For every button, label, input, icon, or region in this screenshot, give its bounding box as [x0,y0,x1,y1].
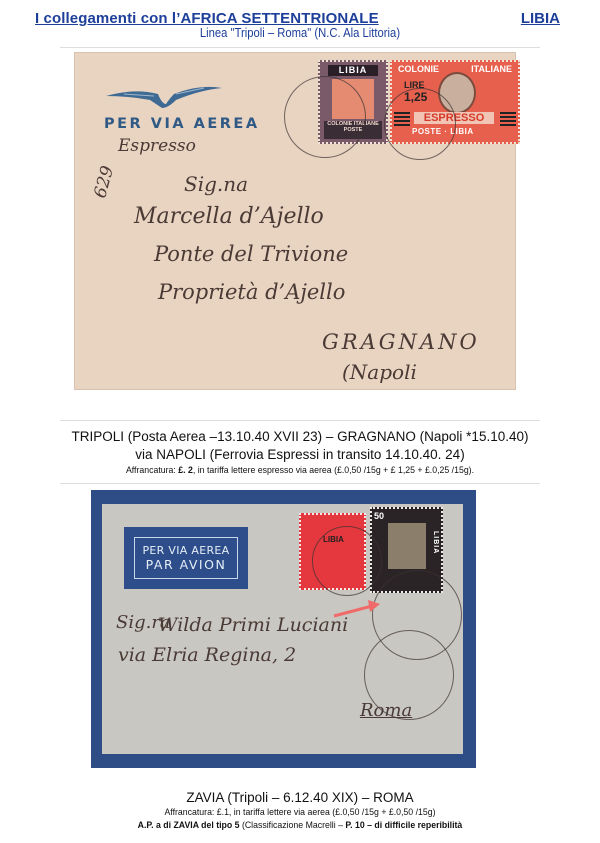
postmark [312,526,382,596]
address-line: GRAGNANO [322,330,480,354]
address-line: via Elria Regina, 2 [118,644,296,666]
airmail-bird-icon [104,74,224,112]
cover-2-franking: Affrancatura: £.1, in tariffa lettere vi… [24,807,576,818]
divider [60,483,540,484]
address-line: (Napoli [342,360,417,384]
page-title: I collegamenti con l’AFRICA SETTENTRIONA… [35,10,379,27]
cover-1-transit: via NAPOLI (Ferrovia Espressi in transit… [0,447,600,462]
airmail-label: PER VIA AEREA PAR AVION [124,527,248,589]
region-label: LIBIA [521,10,560,27]
postmark [384,88,456,160]
cover-2-route: ZAVIA (Tripoli – 6.12.40 XIX) – ROMA [0,790,600,805]
address-line: Marcella d’Ajello [134,204,324,229]
page-subtitle: Linea "Tripoli – Roma" (N.C. Ala Littori… [30,26,570,40]
address-line: Ponte del Trivione [154,242,348,266]
address-line: Sig.na [184,172,248,196]
airmail-label: PER VIA AEREA [104,116,260,132]
address-line: Roma [360,700,412,721]
cover-1-franking: Affrancatura: £. 2, in tariffa lettere e… [24,465,576,476]
postmark [284,76,366,158]
reference-number: 629 [90,164,118,201]
handwritten-note: Espresso [118,136,196,156]
cover-2-note: A.P. a di ZAVIA del tipo 5 (Classificazi… [24,820,576,831]
cover-1-route: TRIPOLI (Posta Aerea –13.10.40 XVII 23) … [0,429,600,444]
cover-1-envelope: PER VIA AEREA Espresso LIBIA COLONIE ITA… [74,52,516,390]
address-line: Wilda Primi Luciani [158,614,348,636]
address-line: Proprietà d’Ajello [158,280,345,304]
divider [60,47,540,48]
cover-2-envelope: PER VIA AEREA PAR AVION LIBIA 50 LIBIA S… [91,490,476,768]
divider [60,420,540,421]
